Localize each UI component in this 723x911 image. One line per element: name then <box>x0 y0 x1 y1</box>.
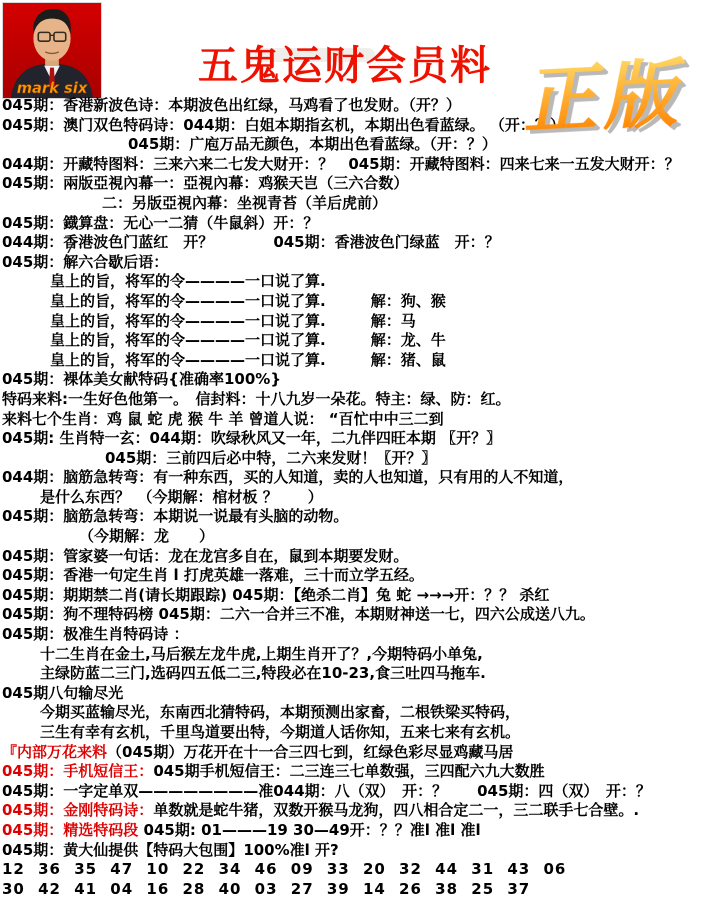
text-line: 皇上的旨，将军的令————一口说了算. 解：狗、猴 <box>2 292 721 312</box>
text-line: 045期：香港一句定生肖 l 打虎英雄一落难，三十而立学五经。 <box>2 566 721 586</box>
text-line: 045期：一字定单双————————准044期：八（双） 开：？ 045期：四（… <box>2 782 721 802</box>
text-line: 12 36 35 47 10 22 34 46 09 33 20 32 44 3… <box>2 860 721 880</box>
line-text: 12 36 35 47 10 22 34 46 09 33 20 32 44 3… <box>2 860 566 878</box>
line-text: 三生有幸有玄机，千里鸟道要出特，今期道人话你知，五来七来有玄机。 <box>40 723 520 741</box>
line-text: 30 42 41 04 16 28 40 03 27 39 14 26 38 2… <box>2 880 530 898</box>
text-line: 045期：兩版亞視內幕一：亞視內幕：鸡猴天岂（三六合数） <box>2 174 721 194</box>
page-title: 五鬼运财会员料 <box>198 34 528 91</box>
line-text: 044期：脑筋急转弯：有一种东西，买的人知道，卖的人也知道，只有用的人不知道， <box>2 468 573 486</box>
text-line: 皇上的旨，将军的令————一口说了算. 解：马 <box>2 312 721 332</box>
content-lines: 045期：香港新波色诗：本期波色出红绿，马鸡看了也发财。（开？）045期：澳门双… <box>2 96 721 899</box>
line-text: 皇上的旨，将军的令————一口说了算. 解：猪、鼠 <box>50 351 446 369</box>
line-text: 044期：开藏特图料：三来六来二七发大财开：？ 045期：开藏特图料：四来七来一… <box>2 155 680 173</box>
line-text: 045期：兩版亞視內幕一：亞視內幕：鸡猴天岂（三六合数） <box>2 174 408 192</box>
line-text: 045期：香港一句定生肖 l 打虎英雄一落难，三十而立学五经。 <box>2 566 424 584</box>
line-text: 045期：香港新波色诗：本期波色出红绿，马鸡看了也发财。（开？） <box>2 96 461 114</box>
text-line: 045期：金刚特码诗：单数就是蛇牛猪，双数开猴马龙狗，四八相合定二一，三二联手七… <box>2 801 721 821</box>
text-line: 十二生肖在金土,马后猴左龙牛虎,上期生肖开了？,今期特码小单兔, <box>2 645 721 665</box>
line-text: 045期：管家婆一句话：龙在龙宫多自在，鼠到本期要发财。 <box>2 547 408 565</box>
text-line: 045期：精选特码段 045期: 01———19 30—49开：？？准l 准l … <box>2 821 721 841</box>
line-text: 045期手机短信王：二三连三七单数强，三四配六九大数胜 <box>153 762 544 780</box>
photo-caption: mark six <box>17 80 88 97</box>
line-text: 045期：三前四后必中特，二六来发财！〖开？〗 <box>105 449 436 467</box>
text-line: 三生有幸有玄机，千里鸟道要出特，今期道人话你知，五来七来有玄机。 <box>2 723 721 743</box>
genuine-stamp: 正版 <box>519 33 714 149</box>
text-line: 045期: 生肖特一玄：044期：吹绿秋风又一年，二九伴四旺本期 〖开？〗 <box>2 429 721 449</box>
text-line: 30 42 41 04 16 28 40 03 27 39 14 26 38 2… <box>2 880 721 900</box>
text-line: 皇上的旨，将军的令————一口说了算. 解：龙、牛 <box>2 331 721 351</box>
line-text: 045期：广庖万品无颜色，本期出色看蓝绿。（开：？） <box>128 135 497 153</box>
line-text: 045期: 01———19 30—49开：？？准l 准l 准l <box>144 821 481 839</box>
text-line: 皇上的旨，将军的令————一口说了算. <box>2 272 721 292</box>
line-text: 十二生肖在金土,马后猴左龙牛虎,上期生肖开了？,今期特码小单兔, <box>40 645 483 663</box>
text-line: 皇上的旨，将军的令————一口说了算. 解：猪、鼠 <box>2 351 721 371</box>
line-text: 二：另版亞視內幕：坐视青苔（羊后虎前） <box>102 194 387 212</box>
text-line: 是什么东西？ （今期解：棺材板 ？ ） <box>2 488 721 508</box>
text-line: （今期解：龙 ） <box>2 527 721 547</box>
text-line: 045期：裸体美女献特码{准确率100%} <box>2 370 721 390</box>
text-line: 045期：黄大仙提供【特码大包围】100%准l 开? <box>2 841 721 861</box>
text-line: 044期：香港波色门蓝红 开？ 045期：香港波色门绿蓝 开：？ <box>2 233 721 253</box>
line-text: 皇上的旨，将军的令————一口说了算. 解：狗、猴 <box>50 292 446 310</box>
line-text: 045期：脑筋急转弯：本期说一说最有头脑的动物。 <box>2 507 348 525</box>
line-text: 皇上的旨，将军的令————一口说了算. <box>50 272 326 290</box>
line-text: 来料七个生肖：鸡 鼠 蛇 虎 猴 牛 羊 曾道人说： “百忙中中三二到 <box>2 410 444 428</box>
text-line: 『内部万花来料（045期）万花开在十一合三四七到，红绿色彩尽显鸡藏马居 <box>2 743 721 763</box>
text-line: 045期：狗不理特码榜 045期：二六一合并三不准，本期财神送一七，四六公成送八… <box>2 605 721 625</box>
line-text: 045期：鐡算盘：无心一二猜（牛鼠斜）开：？ <box>2 214 318 232</box>
line-text: 045期：极准生肖特码诗 ： <box>2 625 189 643</box>
line-text: 主绿防蓝二三门,选码四五低二三,特段必在10-23,食三吐四马拖车. <box>40 664 486 682</box>
text-line: 二：另版亞視內幕：坐视青苔（羊后虎前） <box>2 194 721 214</box>
line-text: （今期解：龙 ） <box>79 527 214 545</box>
line-text: 045期: 生肖特一玄：044期：吹绿秋风又一年，二九伴四旺本期 〖开？〗 <box>2 429 501 447</box>
line-text: 单数就是蛇牛猪，双数开猴马龙狗，四八相合定二一，三二联手七合壁。. <box>153 801 639 819</box>
text-line: 045期：极准生肖特码诗 ： <box>2 625 721 645</box>
line-text: 045期：裸体美女献特码{准确率100%} <box>2 370 281 388</box>
text-line: 045期八句输尽光 <box>2 684 721 704</box>
text-line: 今期买蓝输尽光，东南西北猜特码，本期预测出家畜，二根铁梁买特码， <box>2 703 721 723</box>
text-line: 045期：鐡算盘：无心一二猜（牛鼠斜）开：？ <box>2 214 721 234</box>
red-label-text: 045期：精选特码段 <box>2 821 144 839</box>
portrait-photo-image: mark six <box>3 3 101 98</box>
text-line: 045期：三前四后必中特，二六来发财！〖开？〗 <box>2 449 721 469</box>
line-text: 是什么东西？ （今期解：棺材板 ？ ） <box>40 488 323 506</box>
tip-sheet-page: mark six 五鬼运财会员料 正版 045期：香港新波色诗：本期波色出红绿，… <box>0 0 723 911</box>
red-label-text: 『内部万花来料 <box>2 743 107 761</box>
red-label-text: 045期：手机短信王： <box>2 762 153 780</box>
line-text: 特码来料:一生好色他第一。 信封料：十八九岁一朵花。特主：绿、防：红。 <box>2 390 511 408</box>
text-line: 045期：脑筋急转弯：本期说一说最有头脑的动物。 <box>2 507 721 527</box>
text-line: 主绿防蓝二三门,选码四五低二三,特段必在10-23,食三吐四马拖车. <box>2 664 721 684</box>
portrait-photo: mark six <box>2 2 102 99</box>
line-text: 045期：一字定单双————————准044期：八（双） 开：？ 045期：四（… <box>2 782 651 800</box>
text-line: 044期：开藏特图料：三来六来二七发大财开：？ 045期：开藏特图料：四来七来一… <box>2 155 721 175</box>
line-text: 045期：狗不理特码榜 045期：二六一合并三不准，本期财神送一七，四六公成送八… <box>2 605 595 623</box>
line-text: 045期：期期禁二肖(请长期跟踪) 045期：【绝杀二肖】兔 蛇 →→→开：？？… <box>2 586 549 604</box>
line-text: 今期买蓝输尽光，东南西北猜特码，本期预测出家畜，二根铁梁买特码， <box>40 703 520 721</box>
text-line: 045期：管家婆一句话：龙在龙宫多自在，鼠到本期要发财。 <box>2 547 721 567</box>
text-line: 045期：手机短信王：045期手机短信王：二三连三七单数强，三四配六九大数胜 <box>2 762 721 782</box>
text-line: 来料七个生肖：鸡 鼠 蛇 虎 猴 牛 羊 曾道人说： “百忙中中三二到 <box>2 410 721 430</box>
line-text: 皇上的旨，将军的令————一口说了算. 解：马 <box>50 312 416 330</box>
text-line: 特码来料:一生好色他第一。 信封料：十八九岁一朵花。特主：绿、防：红。 <box>2 390 721 410</box>
line-text: （045期）万花开在十一合三四七到，红绿色彩尽显鸡藏马居 <box>107 743 513 761</box>
text-line: 045期：解六合歇后语： <box>2 253 721 273</box>
line-text: 045期八句输尽光 <box>2 684 123 702</box>
red-label-text: 045期：金刚特码诗： <box>2 801 153 819</box>
line-text: 045期：黄大仙提供【特码大包围】100%准l 开? <box>2 841 339 859</box>
line-text: 皇上的旨，将军的令————一口说了算. 解：龙、牛 <box>50 331 446 349</box>
text-line: 044期：脑筋急转弯：有一种东西，买的人知道，卖的人也知道，只有用的人不知道， <box>2 468 721 488</box>
text-line: 045期：期期禁二肖(请长期跟踪) 045期：【绝杀二肖】兔 蛇 →→→开：？？… <box>2 586 721 606</box>
line-text: 045期：澳门双色特码诗：044期：白姐本期指玄机，本期出色看蓝绿。 （开：？） <box>2 116 565 134</box>
